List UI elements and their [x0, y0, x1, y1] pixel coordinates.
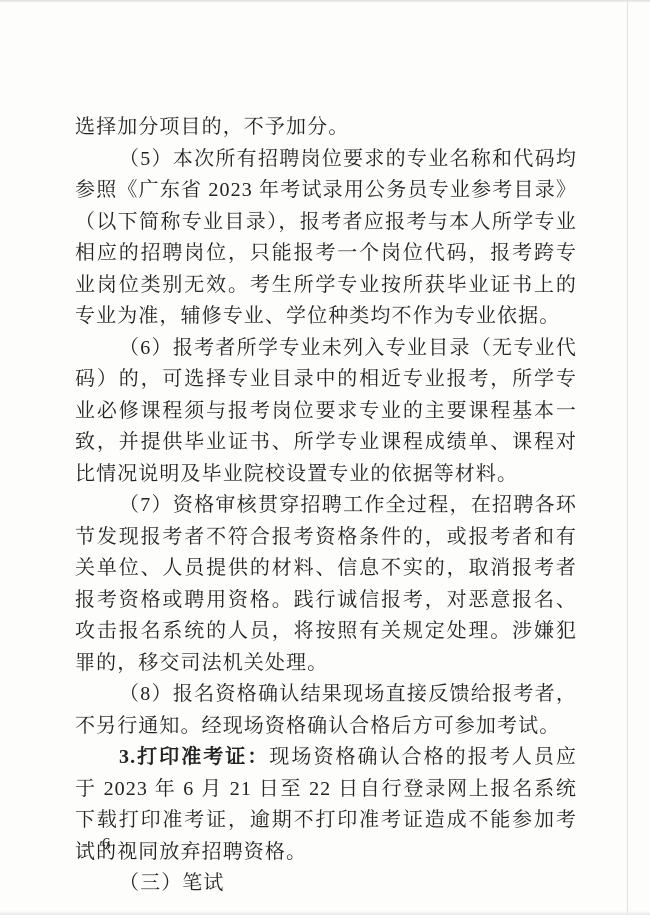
paragraph-text: （6）报考者所学专业未列入专业目录（无专业代码）的，可选择专业目录中的相近专业报…	[75, 337, 577, 485]
scanned-document-page: 选择加分项目的，不予加分。 （5）本次所有招聘岗位要求的专业名称和代码均参照《广…	[0, 0, 650, 915]
paragraph-item-7: （7）资格审核贯穿招聘工作全过程，在招聘各环节发现报考者不符合报考资格条件的，或…	[75, 490, 577, 679]
document-body: 选择加分项目的，不予加分。 （5）本次所有招聘岗位要求的专业名称和代码均参照《广…	[75, 112, 577, 900]
paragraph-item-6: （6）报考者所学专业未列入专业目录（无专业代码）的，可选择专业目录中的相近专业报…	[75, 333, 577, 491]
paragraph-item-5: （5）本次所有招聘岗位要求的专业名称和代码均参照《广东省 2023 年考试录用公…	[75, 144, 577, 333]
paragraph-text: （5）本次所有招聘岗位要求的专业名称和代码均参照《广东省 2023 年考试录用公…	[75, 148, 577, 328]
paragraph-lead-bold: 3.打印准考证：	[119, 746, 269, 768]
scan-edge-bottom	[0, 911, 650, 915]
paragraph-text: 选择加分项目的，不予加分。	[75, 116, 349, 138]
heading-text: （三）笔试	[119, 872, 225, 894]
paragraph-text: （8）报名资格确认结果现场直接反馈给报考者，不另行通知。经现场资格确认合格后方可…	[75, 683, 577, 737]
page-number: - 6 -	[82, 834, 135, 854]
paragraph-text: （7）资格审核贯穿招聘工作全过程，在招聘各环节发现报考者不符合报考资格条件的，或…	[75, 494, 577, 674]
scan-edge-top	[0, 0, 650, 3]
paragraph-print-admission-ticket: 3.打印准考证：现场资格确认合格的报考人员应于 2023 年 6 月 21 日至…	[75, 742, 577, 868]
section-heading-written-exam: （三）笔试	[75, 868, 577, 900]
paragraph-continuation: 选择加分项目的，不予加分。	[75, 112, 577, 144]
scan-edge-right	[627, 0, 628, 915]
paragraph-item-8: （8）报名资格确认结果现场直接反馈给报考者，不另行通知。经现场资格确认合格后方可…	[75, 679, 577, 742]
